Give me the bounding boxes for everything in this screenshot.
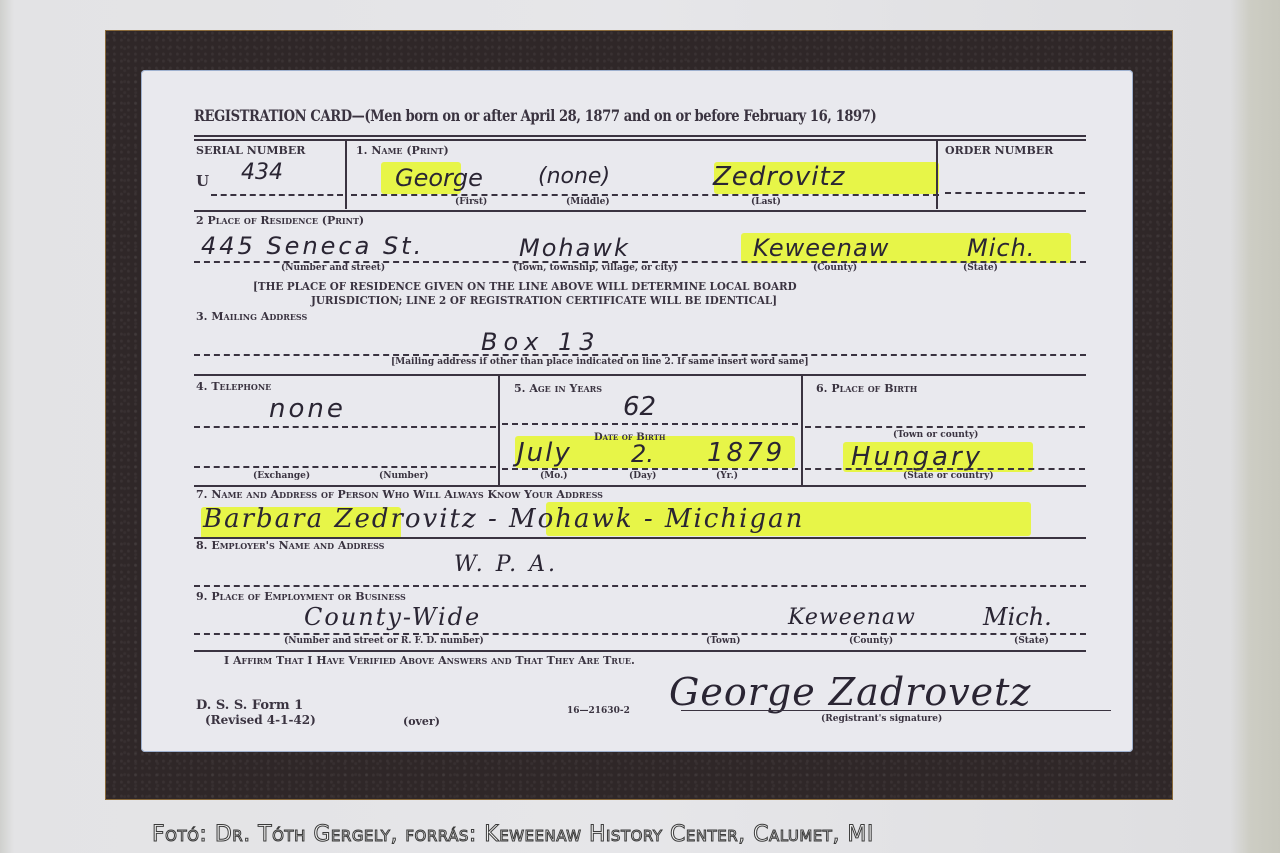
- form-id: D. S. S. Form 1: [196, 698, 303, 713]
- photo-credit: Fotó: Dr. Tóth Gergely, forrás: Keweenaw…: [152, 822, 874, 847]
- birth-month-value: July: [517, 438, 572, 468]
- divider: [502, 468, 798, 470]
- date-of-birth-label: Date of Birth: [594, 432, 666, 443]
- employer-value: W. P. A.: [454, 552, 558, 577]
- telephone-label: 4. Telephone: [196, 380, 271, 393]
- print-code: 16—21630-2: [567, 706, 630, 716]
- serial-number-value: 434: [241, 160, 283, 185]
- over-note: (over): [403, 715, 440, 728]
- employment-state-value: Mich.: [983, 603, 1052, 631]
- caption-year: (Yr.): [716, 471, 738, 481]
- residence-county-value: Keweenaw: [753, 234, 889, 262]
- card-title-line: REGISTRATION CARD—(Men born on or after …: [194, 106, 876, 125]
- divider: [805, 468, 1085, 470]
- divider: [345, 141, 347, 209]
- first-name-value: George: [395, 164, 483, 192]
- name-label: 1. Name (Print): [356, 144, 449, 157]
- card-title: REGISTRATION CARD: [194, 106, 352, 125]
- registrant-signature: George Zadrovetz: [669, 670, 1031, 714]
- card-subtitle: —(Men born on or after April 28, 1877 an…: [352, 106, 877, 125]
- divider: [211, 194, 343, 196]
- caption-first: (First): [455, 197, 487, 207]
- divider: [936, 141, 938, 209]
- divider: [502, 423, 798, 425]
- contact-person-value: Barbara Zedrovitz - Mohawk - Michigan: [203, 504, 804, 534]
- serial-prefix: U: [196, 172, 209, 190]
- caption-state: (State): [963, 263, 998, 273]
- residence-notice-line1: [THE PLACE OF RESIDENCE GIVEN ON THE LIN…: [253, 279, 797, 293]
- registration-card: REGISTRATION CARD—(Men born on or after …: [141, 70, 1133, 752]
- mailing-address-label: 3. Mailing Address: [196, 310, 307, 323]
- age-value: 62: [623, 392, 656, 422]
- mailing-address-caption: [Mailing address if other than place ind…: [391, 357, 809, 367]
- caption-emp-county: (County): [849, 636, 893, 646]
- divider: [194, 585, 1086, 587]
- divider: [194, 354, 1086, 356]
- divider: [194, 135, 1086, 137]
- birth-year-value: 1879: [707, 438, 785, 468]
- caption-emp-state: (State): [1014, 636, 1049, 646]
- order-number-label: ORDER NUMBER: [945, 144, 1053, 157]
- caption-emp-street: (Number and street or R. F. D. number): [284, 636, 484, 646]
- divider: [194, 485, 1086, 487]
- birth-day-value: 2.: [631, 440, 654, 468]
- divider: [194, 633, 1086, 635]
- serial-number-label: SERIAL NUMBER: [196, 144, 305, 157]
- age-label: 5. Age in Years: [514, 382, 602, 395]
- middle-name-value: (none): [538, 164, 610, 189]
- caption-county: (County): [813, 263, 857, 273]
- residence-notice-line2: JURISDICTION; LINE 2 OF REGISTRATION CER…: [311, 293, 777, 307]
- caption-middle: (Middle): [566, 197, 610, 207]
- divider: [805, 426, 1085, 428]
- mailing-address-value: Box 13: [481, 328, 601, 356]
- employment-street-value: County-Wide: [304, 603, 481, 631]
- caption-day: (Day): [629, 471, 656, 481]
- residence-town-value: Mohawk: [519, 234, 630, 262]
- caption-street: (Number and street): [281, 263, 385, 273]
- telephone-value: none: [269, 394, 346, 424]
- divider: [194, 466, 496, 468]
- caption-number: (Number): [379, 471, 429, 481]
- employment-place-label: 9. Place of Employment or Business: [196, 590, 406, 603]
- caption-town: (Town, township, village, or city): [513, 263, 678, 273]
- employment-county-value: Keweenaw: [788, 605, 916, 630]
- contact-person-label: 7. Name and Address of Person Who Will A…: [196, 488, 603, 501]
- employer-label: 8. Employer's Name and Address: [196, 539, 384, 552]
- residence-street-value: 445 Seneca St.: [201, 232, 424, 260]
- caption-emp-town: (Town): [706, 636, 740, 646]
- divider: [194, 139, 1086, 141]
- caption-exchange: (Exchange): [253, 471, 310, 481]
- divider: [194, 650, 1086, 652]
- caption-last: (Last): [751, 197, 781, 207]
- divider: [194, 210, 1086, 212]
- affirmation-text: I Affirm That I Have Verified Above Answ…: [224, 654, 635, 667]
- place-of-birth-label: 6. Place of Birth: [816, 382, 917, 395]
- divider: [194, 426, 496, 428]
- caption-month: (Mo.): [540, 471, 567, 481]
- signature-line: [681, 710, 1111, 711]
- last-name-value: Zedrovitz: [713, 162, 845, 192]
- divider: [498, 375, 500, 485]
- caption-birth-country: (State or country): [903, 471, 994, 481]
- divider: [945, 192, 1085, 194]
- divider: [351, 194, 939, 196]
- residence-label: 2 Place of Residence (Print): [196, 214, 364, 227]
- divider: [801, 375, 803, 485]
- residence-state-value: Mich.: [967, 234, 1035, 262]
- form-revised: (Revised 4-1-42): [205, 713, 316, 727]
- signature-caption: (Registrant's signature): [821, 714, 942, 724]
- caption-birth-town: (Town or county): [893, 430, 978, 440]
- divider: [194, 374, 1086, 376]
